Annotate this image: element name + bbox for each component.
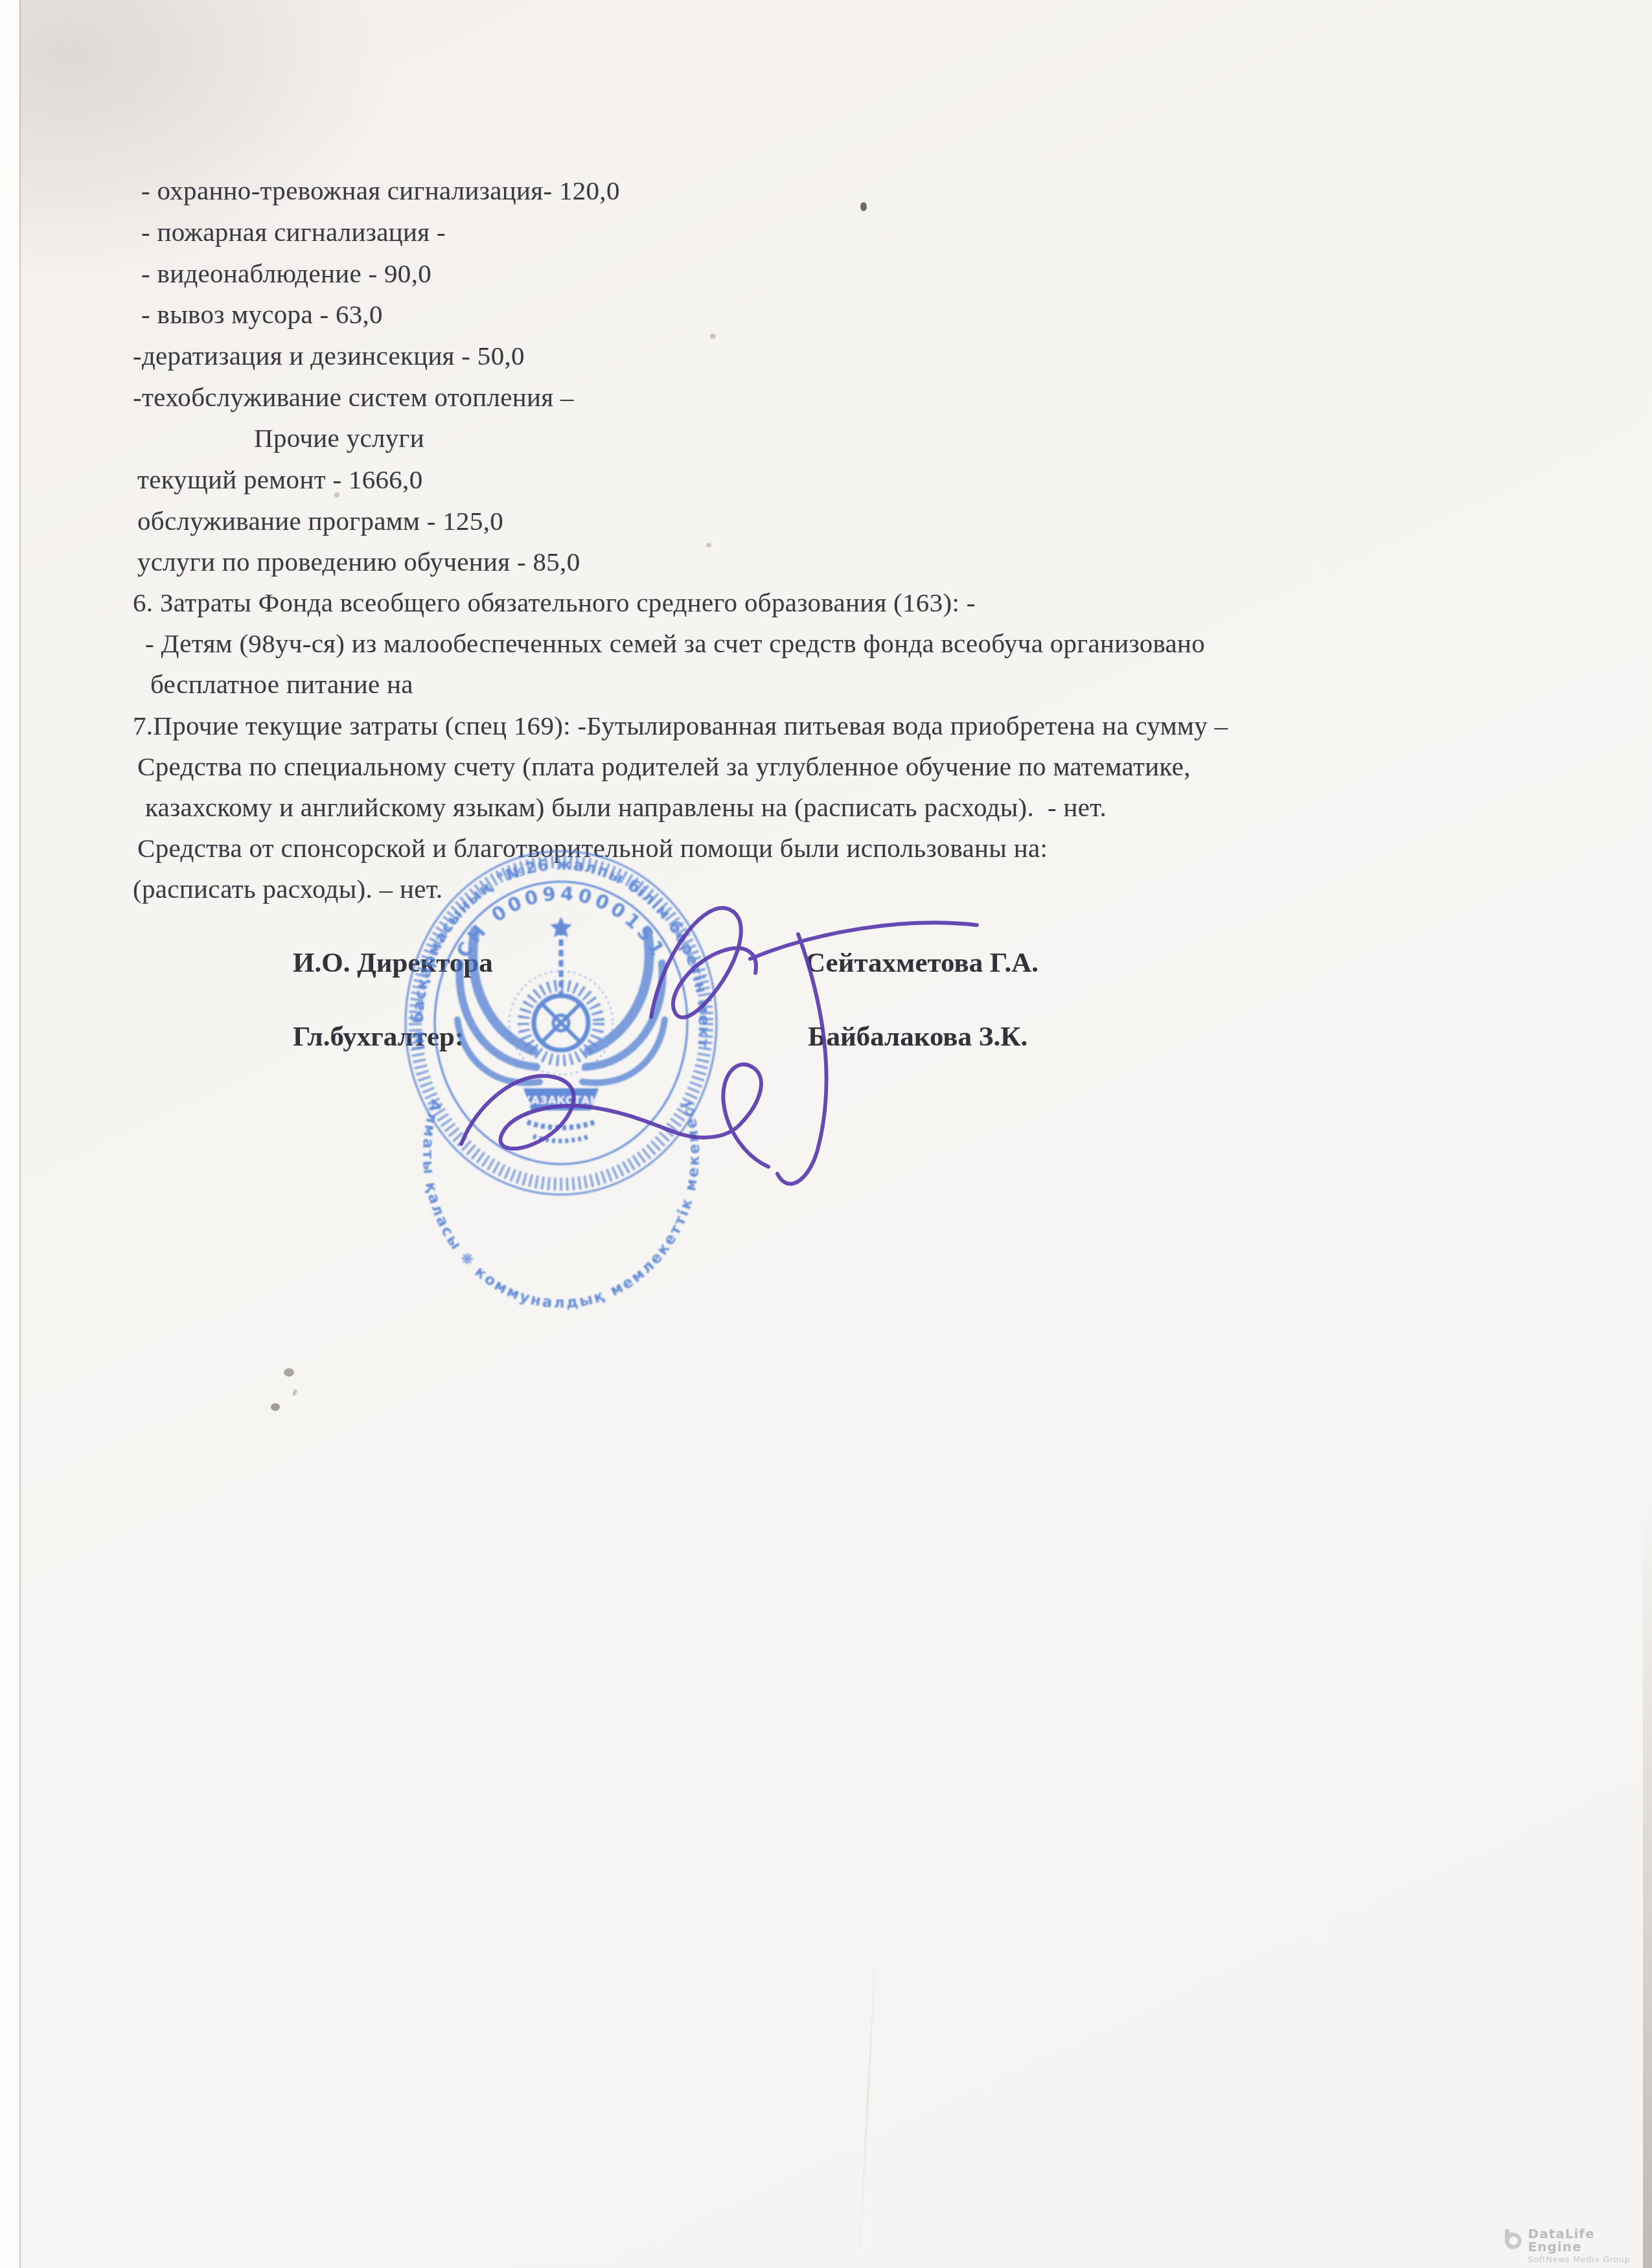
document-line: - Детям (98уч-ся) из малообеспеченных се…	[145, 628, 1205, 659]
scan-speck	[706, 543, 711, 547]
document-line: -техобслуживание систем отопления –	[133, 382, 574, 413]
stamp-arc-bottom-text: Алматы қаласы ❋ коммуналдық мемлекеттік …	[419, 1097, 703, 1312]
scanner-edge-right	[1643, 1490, 1652, 2268]
accountant-name: Байбалакова З.К.	[808, 1021, 1027, 1053]
accountant-title: Гл.бухгалтер:	[293, 1021, 464, 1053]
star-icon	[550, 917, 572, 937]
watermark-subtitle: SoftNews Media Group	[1528, 2255, 1652, 2265]
document-line: - охранно-тревожная сигнализация- 120,0	[141, 175, 620, 206]
document-line: -дератизация и дезинсекция - 50,0	[133, 340, 525, 371]
scanned-page: - охранно-тревожная сигнализация- 120,0 …	[0, 0, 1652, 2268]
right-wing	[582, 931, 665, 1082]
director-name: Сейтахметова Г.А.	[805, 947, 1038, 979]
document-line: - видеонаблюдение - 90,0	[141, 258, 431, 289]
scan-speck	[292, 1388, 298, 1397]
document-line: - пожарная сигнализация -	[141, 216, 446, 247]
document-line: Прочие услуги	[254, 422, 424, 453]
document-line: 6. Затраты Фонда всеобщего обязательного…	[133, 587, 976, 618]
watermark-title: DataLife Engine	[1528, 2227, 1652, 2253]
scan-speck	[284, 1368, 294, 1377]
scan-speck	[710, 334, 716, 339]
accountant-signature	[461, 1064, 768, 1167]
document-line: обслуживание программ - 125,0	[137, 505, 503, 536]
director-title: И.О. Директора	[293, 947, 493, 979]
scan-speck	[334, 492, 339, 498]
document-line: 7.Прочие текущие затраты (спец 169): -Бу…	[133, 710, 1228, 741]
datalife-logo-icon	[1502, 2227, 1522, 2251]
emblem-banner	[523, 1088, 599, 1110]
shanyrak-icon	[534, 996, 588, 1050]
document-line: услуги по проведению обучения - 85,0	[137, 546, 580, 577]
document-line: бесплатное питание на	[150, 669, 413, 700]
scanner-edge-left	[0, 0, 21, 2268]
scan-speck	[860, 202, 867, 211]
document-line: казахскому и английскому языкам) были на…	[145, 792, 1107, 823]
emblem-banner-text: ҚАЗАҚСТАН	[523, 1094, 599, 1106]
paper-crease	[858, 1930, 877, 2267]
datalife-watermark: DataLife Engine SoftNews Media Group	[1502, 2227, 1652, 2265]
document-line: Средства по специальному счету (плата ро…	[137, 751, 1191, 782]
document-line: (расписать расходы). – нет.	[133, 873, 442, 904]
svg-text:Алматы қаласы ❋ коммуналдық ме: Алматы қаласы ❋ коммуналдық мемлекеттік …	[419, 1097, 703, 1312]
document-line: текущий ремонт - 1666,0	[137, 464, 422, 495]
scan-speck	[271, 1403, 280, 1411]
document-line: - вывоз мусора - 63,0	[141, 299, 383, 330]
document-line: Средства от спонсорской и благотворитель…	[137, 832, 1048, 864]
